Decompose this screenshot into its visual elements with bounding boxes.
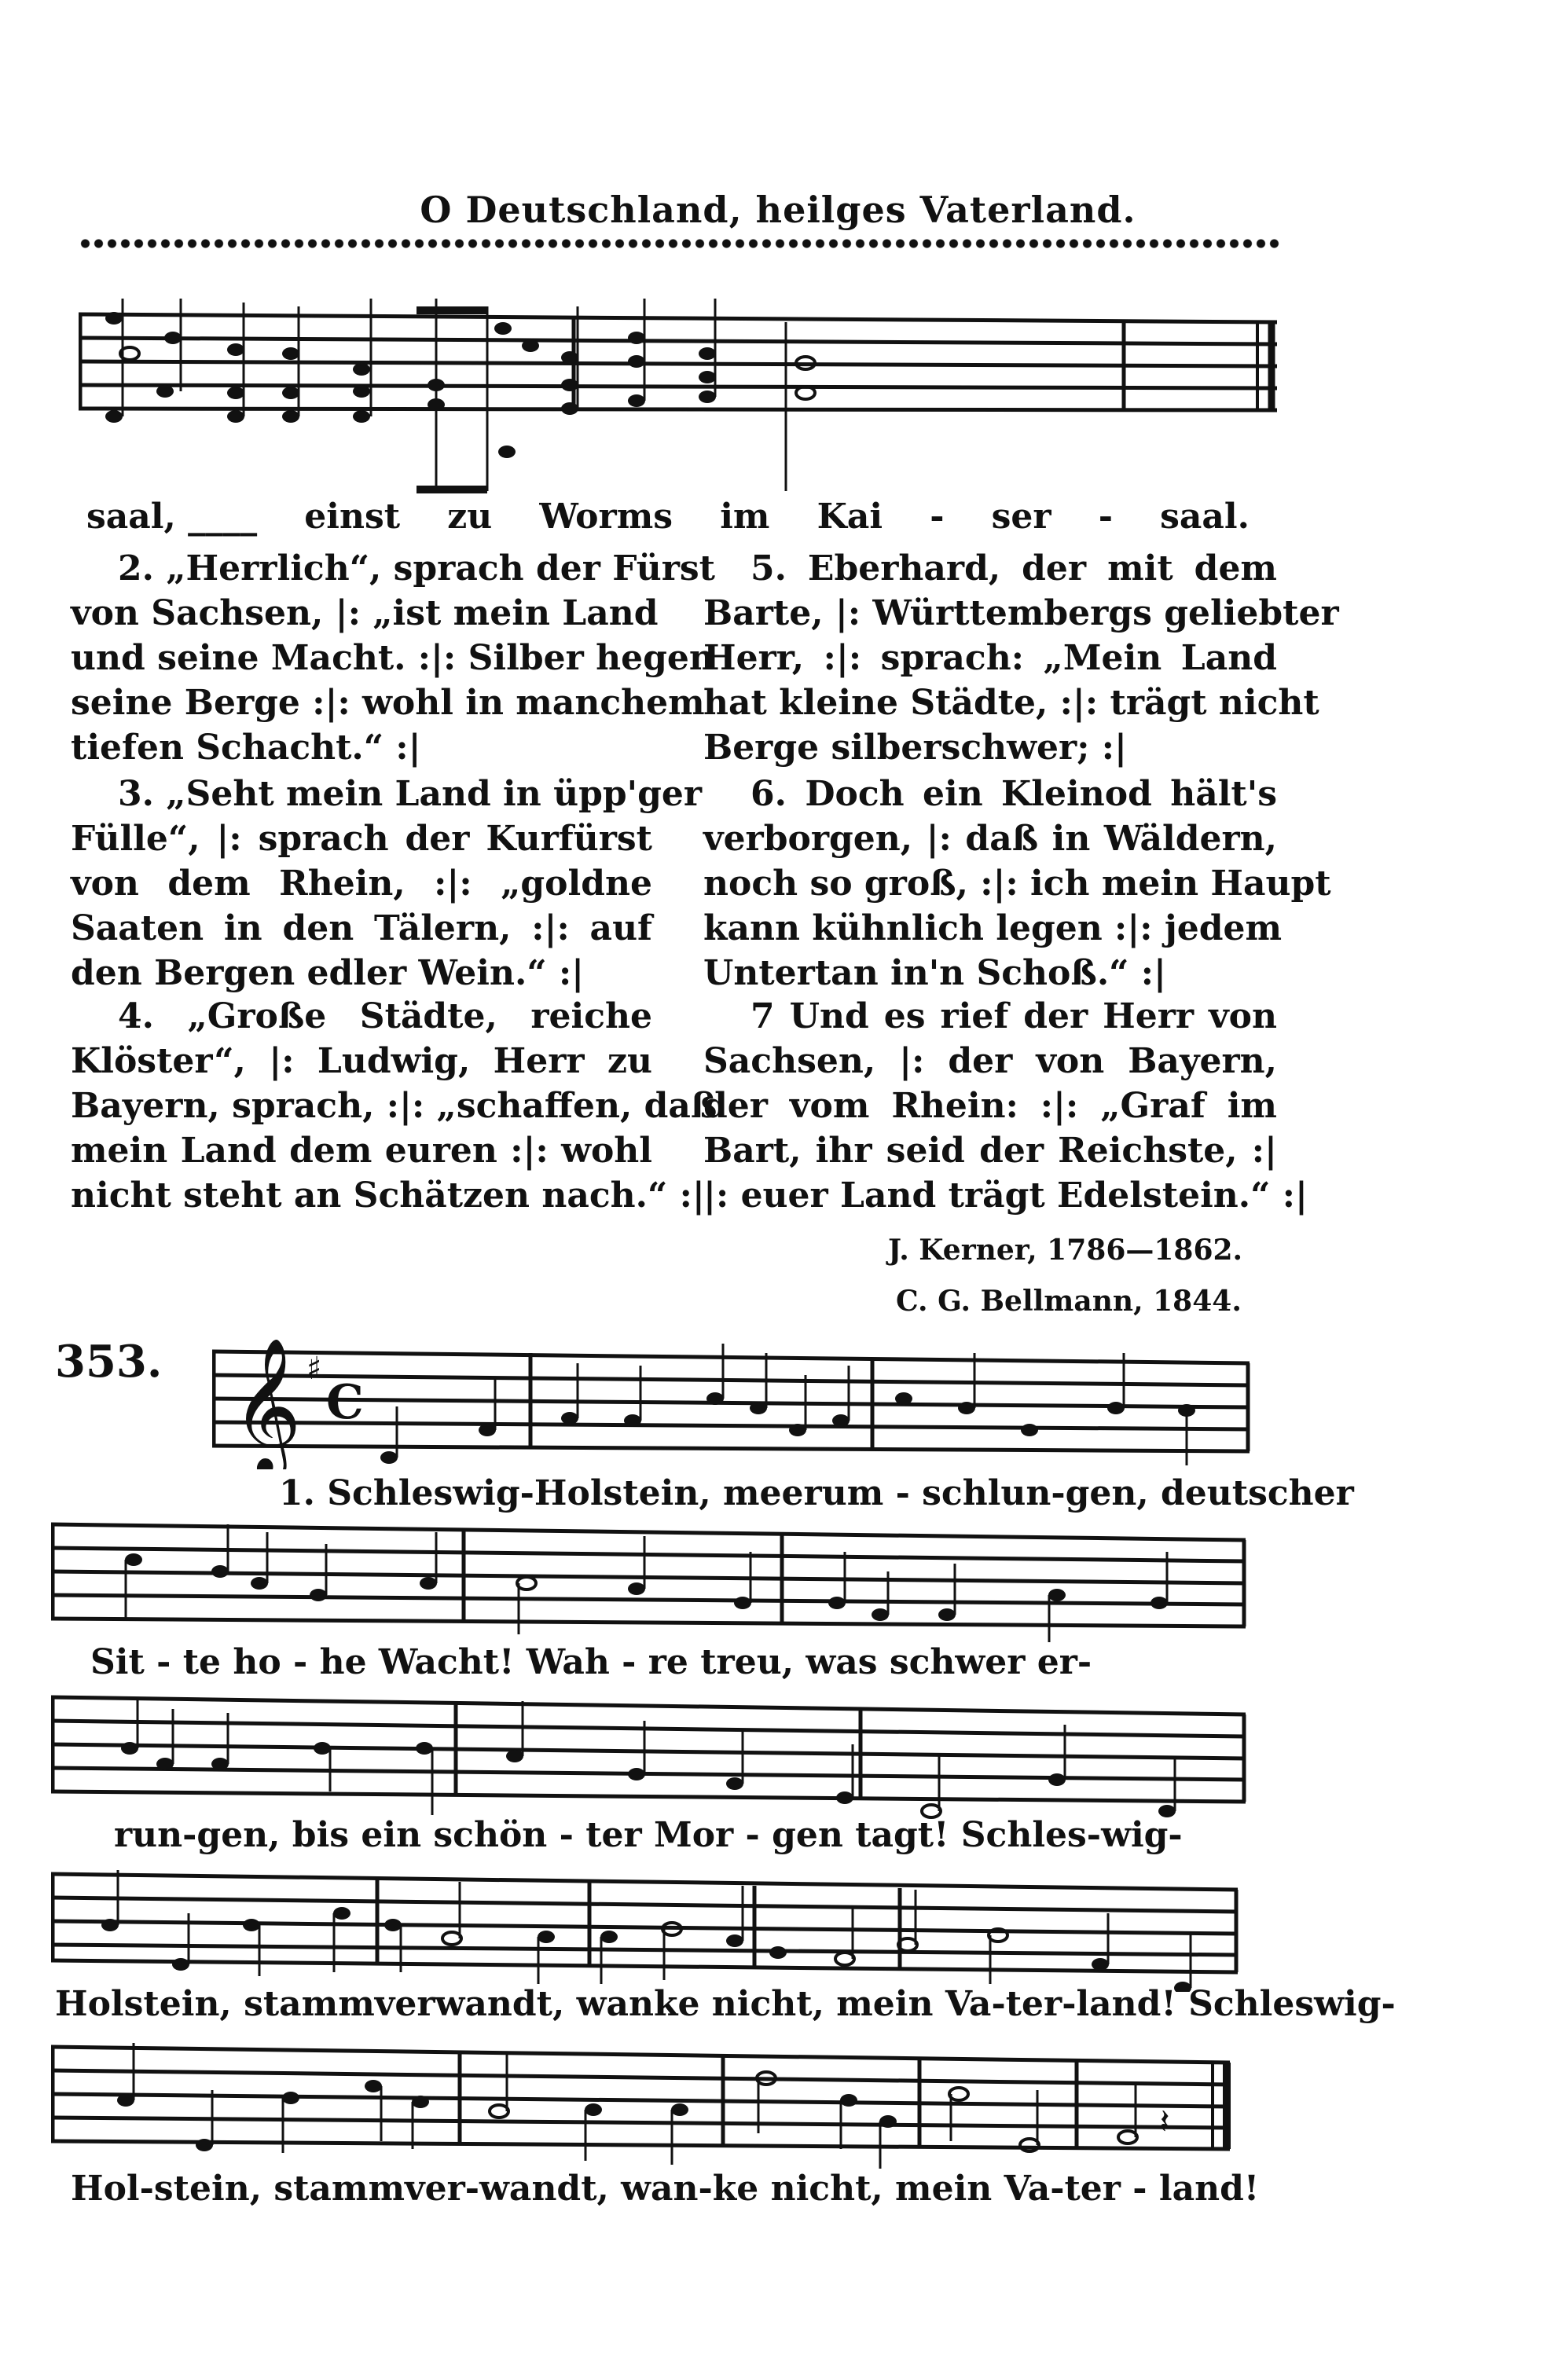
- verse-line: Bart, ihr seid der Reichste, :|: [703, 1128, 1277, 1173]
- song-number: 353.: [55, 1336, 162, 1388]
- verse-line: 2. „Herrlich“, sprach der Fürst: [71, 546, 652, 591]
- music-staff-prev-song: [79, 299, 1289, 495]
- verse-line: Fülle“, |: sprach der Kurfürst: [71, 816, 652, 861]
- verse-line: Herr, :|: sprach: „Mein Land: [703, 636, 1277, 680]
- lyric-syllable: saal.: [1160, 497, 1250, 537]
- system-2-lyrics: Sit - te ho - he Wacht! Wah - re treu, w…: [90, 1642, 1092, 1682]
- music-staff-353-system-1: 𝄞 ♯ C: [212, 1320, 1257, 1469]
- verse-line: und seine Macht. :|: Silber hegen: [71, 636, 652, 680]
- verse-line: kann kühnlich legen :|: jedem: [703, 906, 1277, 951]
- verse-2: 2. „Herrlich“, sprach der Fürst von Sach…: [71, 546, 652, 770]
- music-staff-353-system-2: [51, 1516, 1253, 1642]
- verse-line: 6. Doch ein Kleinod hält's: [703, 772, 1277, 816]
- verse-line: seine Berge :|: wohl in manchem: [71, 680, 652, 725]
- staff-notation-icon: [79, 299, 1289, 495]
- verse-line: noch so groß, :|: ich mein Haupt: [703, 861, 1277, 906]
- music-staff-353-system-4: [51, 1866, 1253, 1992]
- verse-line: Bayern, sprach, :|: „schaffen, daß: [71, 1084, 652, 1128]
- music-staff-353-system-3: [51, 1689, 1253, 1823]
- verse-line: der vom Rhein: :|: „Graf im: [703, 1084, 1277, 1128]
- verse-3: 3. „Seht mein Land in üpp'ger Fülle“, |:…: [71, 772, 652, 996]
- verse-line: verborgen, |: daß in Wäldern,: [703, 816, 1277, 861]
- staff-notation-icon: [51, 1866, 1253, 1992]
- system-3-lyrics: run-gen, bis ein schön - ter Mor - gen t…: [114, 1815, 1183, 1855]
- sharp-icon: ♯: [306, 1351, 321, 1387]
- composer-attribution: C. G. Bellmann, 1844.: [896, 1285, 1242, 1318]
- verse-line: 7 Und es rief der Herr von: [703, 994, 1277, 1039]
- dotted-rule: [79, 236, 1281, 251]
- lyric-syllable: saal, ____: [86, 497, 257, 537]
- verse-line: Klöster“, |: Ludwig, Herr zu: [71, 1039, 652, 1084]
- treble-clef-icon: 𝄞: [232, 1337, 302, 1469]
- staff-notation-icon: 𝄽: [51, 2039, 1253, 2173]
- verse-line: 4. „Große Städte, reiche: [71, 994, 652, 1039]
- verse-line: von dem Rhein, :|: „goldne: [71, 861, 652, 906]
- lyric-syllable: zu: [447, 497, 492, 537]
- verse-line: Untertan in'n Schoß.“ :|: [703, 951, 1277, 996]
- system-4-lyrics: Holstein, stammverwandt, wanke nicht, me…: [55, 1984, 1396, 2024]
- verse-line: den Bergen edler Wein.“ :|: [71, 951, 652, 996]
- quarter-rest-icon: 𝄽: [1159, 2102, 1169, 2142]
- verse-7: 7 Und es rief der Herr von Sachsen, |: d…: [703, 994, 1277, 1218]
- verse-line: hat kleine Städte, :|: trägt nicht: [703, 680, 1277, 725]
- system-5-lyrics: Hol-stein, stammver-wandt, wan-ke nicht,…: [71, 2169, 1259, 2209]
- lyricist-attribution: J. Kerner, 1786—1862.: [888, 1234, 1242, 1267]
- lyric-syllable: Worms: [539, 497, 673, 537]
- prev-song-staff-lyrics: saal, ____ einst zu Worms im Kai - ser -…: [86, 497, 1250, 537]
- verse-line: tiefen Schacht.“ :|: [71, 725, 652, 770]
- verse-5: 5. Eberhard, der mit dem Barte, |: Württ…: [703, 546, 1277, 770]
- music-staff-353-system-5: 𝄽: [51, 2039, 1253, 2173]
- verse-4: 4. „Große Städte, reiche Klöster“, |: Lu…: [71, 994, 652, 1218]
- verse-line: mein Land dem euren :|: wohl: [71, 1128, 652, 1173]
- common-time-icon: C: [326, 1375, 364, 1430]
- verse-line: nicht steht an Schätzen nach.“ :|: [71, 1173, 652, 1218]
- verse-line: |: euer Land trägt Edelstein.“ :|: [703, 1173, 1277, 1218]
- lyric-syllable: Kai: [817, 497, 883, 537]
- system-1-lyrics: 1. Schleswig-Holstein, meerum - schlun-g…: [279, 1473, 1354, 1513]
- page-heading: O Deutschland, heilges Vaterland.: [0, 189, 1556, 231]
- verse-line: Saaten in den Tälern, :|: auf: [71, 906, 652, 951]
- verse-line: Sachsen, |: der von Bayern,: [703, 1039, 1277, 1084]
- staff-notation-icon: [51, 1689, 1253, 1823]
- lyric-syllable: einst: [304, 497, 400, 537]
- verse-line: Barte, |: Württembergs geliebter: [703, 591, 1277, 636]
- lyric-syllable: ser: [992, 497, 1051, 537]
- verse-line: von Sachsen, |: „ist mein Land: [71, 591, 652, 636]
- lyric-syllable: -: [1099, 497, 1113, 537]
- verse-line: 5. Eberhard, der mit dem: [703, 546, 1277, 591]
- lyric-syllable: -: [930, 497, 944, 537]
- staff-notation-icon: [51, 1516, 1253, 1642]
- verse-6: 6. Doch ein Kleinod hält's verborgen, |:…: [703, 772, 1277, 996]
- staff-notation-icon: 𝄞 ♯ C: [212, 1320, 1257, 1469]
- lyric-syllable: im: [720, 497, 769, 537]
- verse-line: 3. „Seht mein Land in üpp'ger: [71, 772, 652, 816]
- verse-line: Berge silberschwer; :|: [703, 725, 1277, 770]
